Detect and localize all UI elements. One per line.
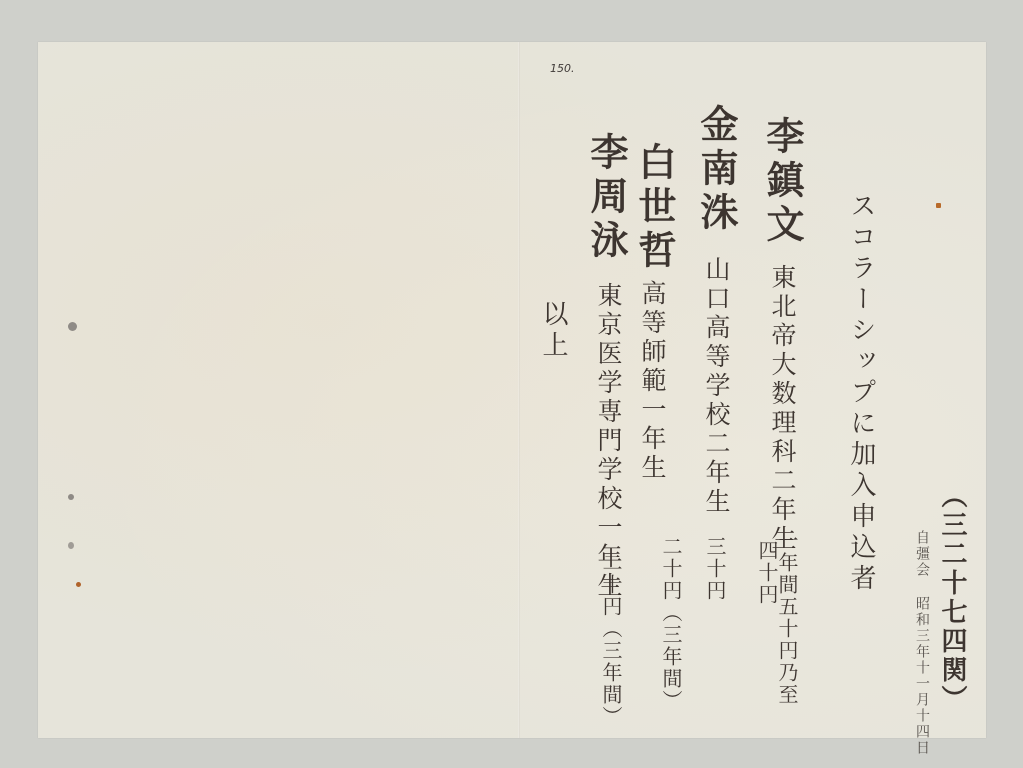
punch-hole [68, 494, 74, 500]
punch-hole [68, 542, 74, 549]
scholarship-amount: 三十円 [704, 536, 726, 602]
archive-note: 自彊会 昭和三年十一月十四日 [914, 530, 930, 756]
applicant-name: 白世哲 [634, 142, 674, 274]
scholarship-amount: 一年間五十円乃至 [776, 530, 798, 706]
applicant-name: 李鎮文 [762, 116, 802, 248]
rust-stain [936, 203, 941, 208]
page-number: 150. [550, 62, 575, 75]
applicant-school: 山口高等学校二年生 [702, 256, 730, 517]
applicant-school: 高等師範一年生 [638, 280, 666, 483]
rust-stain [76, 582, 81, 587]
applicant-school: 東北帝大数理科二年生 [768, 264, 796, 554]
archive-label: （三二十七四関） [938, 482, 966, 714]
document-paper: 150. スコラーシップに加入申込者 （三二十七四関） 自彊会 昭和三年十一月十… [38, 42, 986, 738]
applicant-name: 金南洙 [696, 104, 736, 236]
applicant-name: 李周泳 [586, 132, 626, 264]
document-title: スコラーシップに加入申込者 [846, 192, 876, 595]
punch-hole [68, 322, 77, 331]
scholarship-amount: 二十円（三年間） [600, 552, 622, 728]
center-fold-line [518, 42, 520, 738]
scholarship-amount: 二十円（三年間） [660, 536, 682, 712]
scholarship-amount-line2: 四十円 [756, 540, 778, 606]
closing-mark: 以上 [538, 300, 568, 362]
